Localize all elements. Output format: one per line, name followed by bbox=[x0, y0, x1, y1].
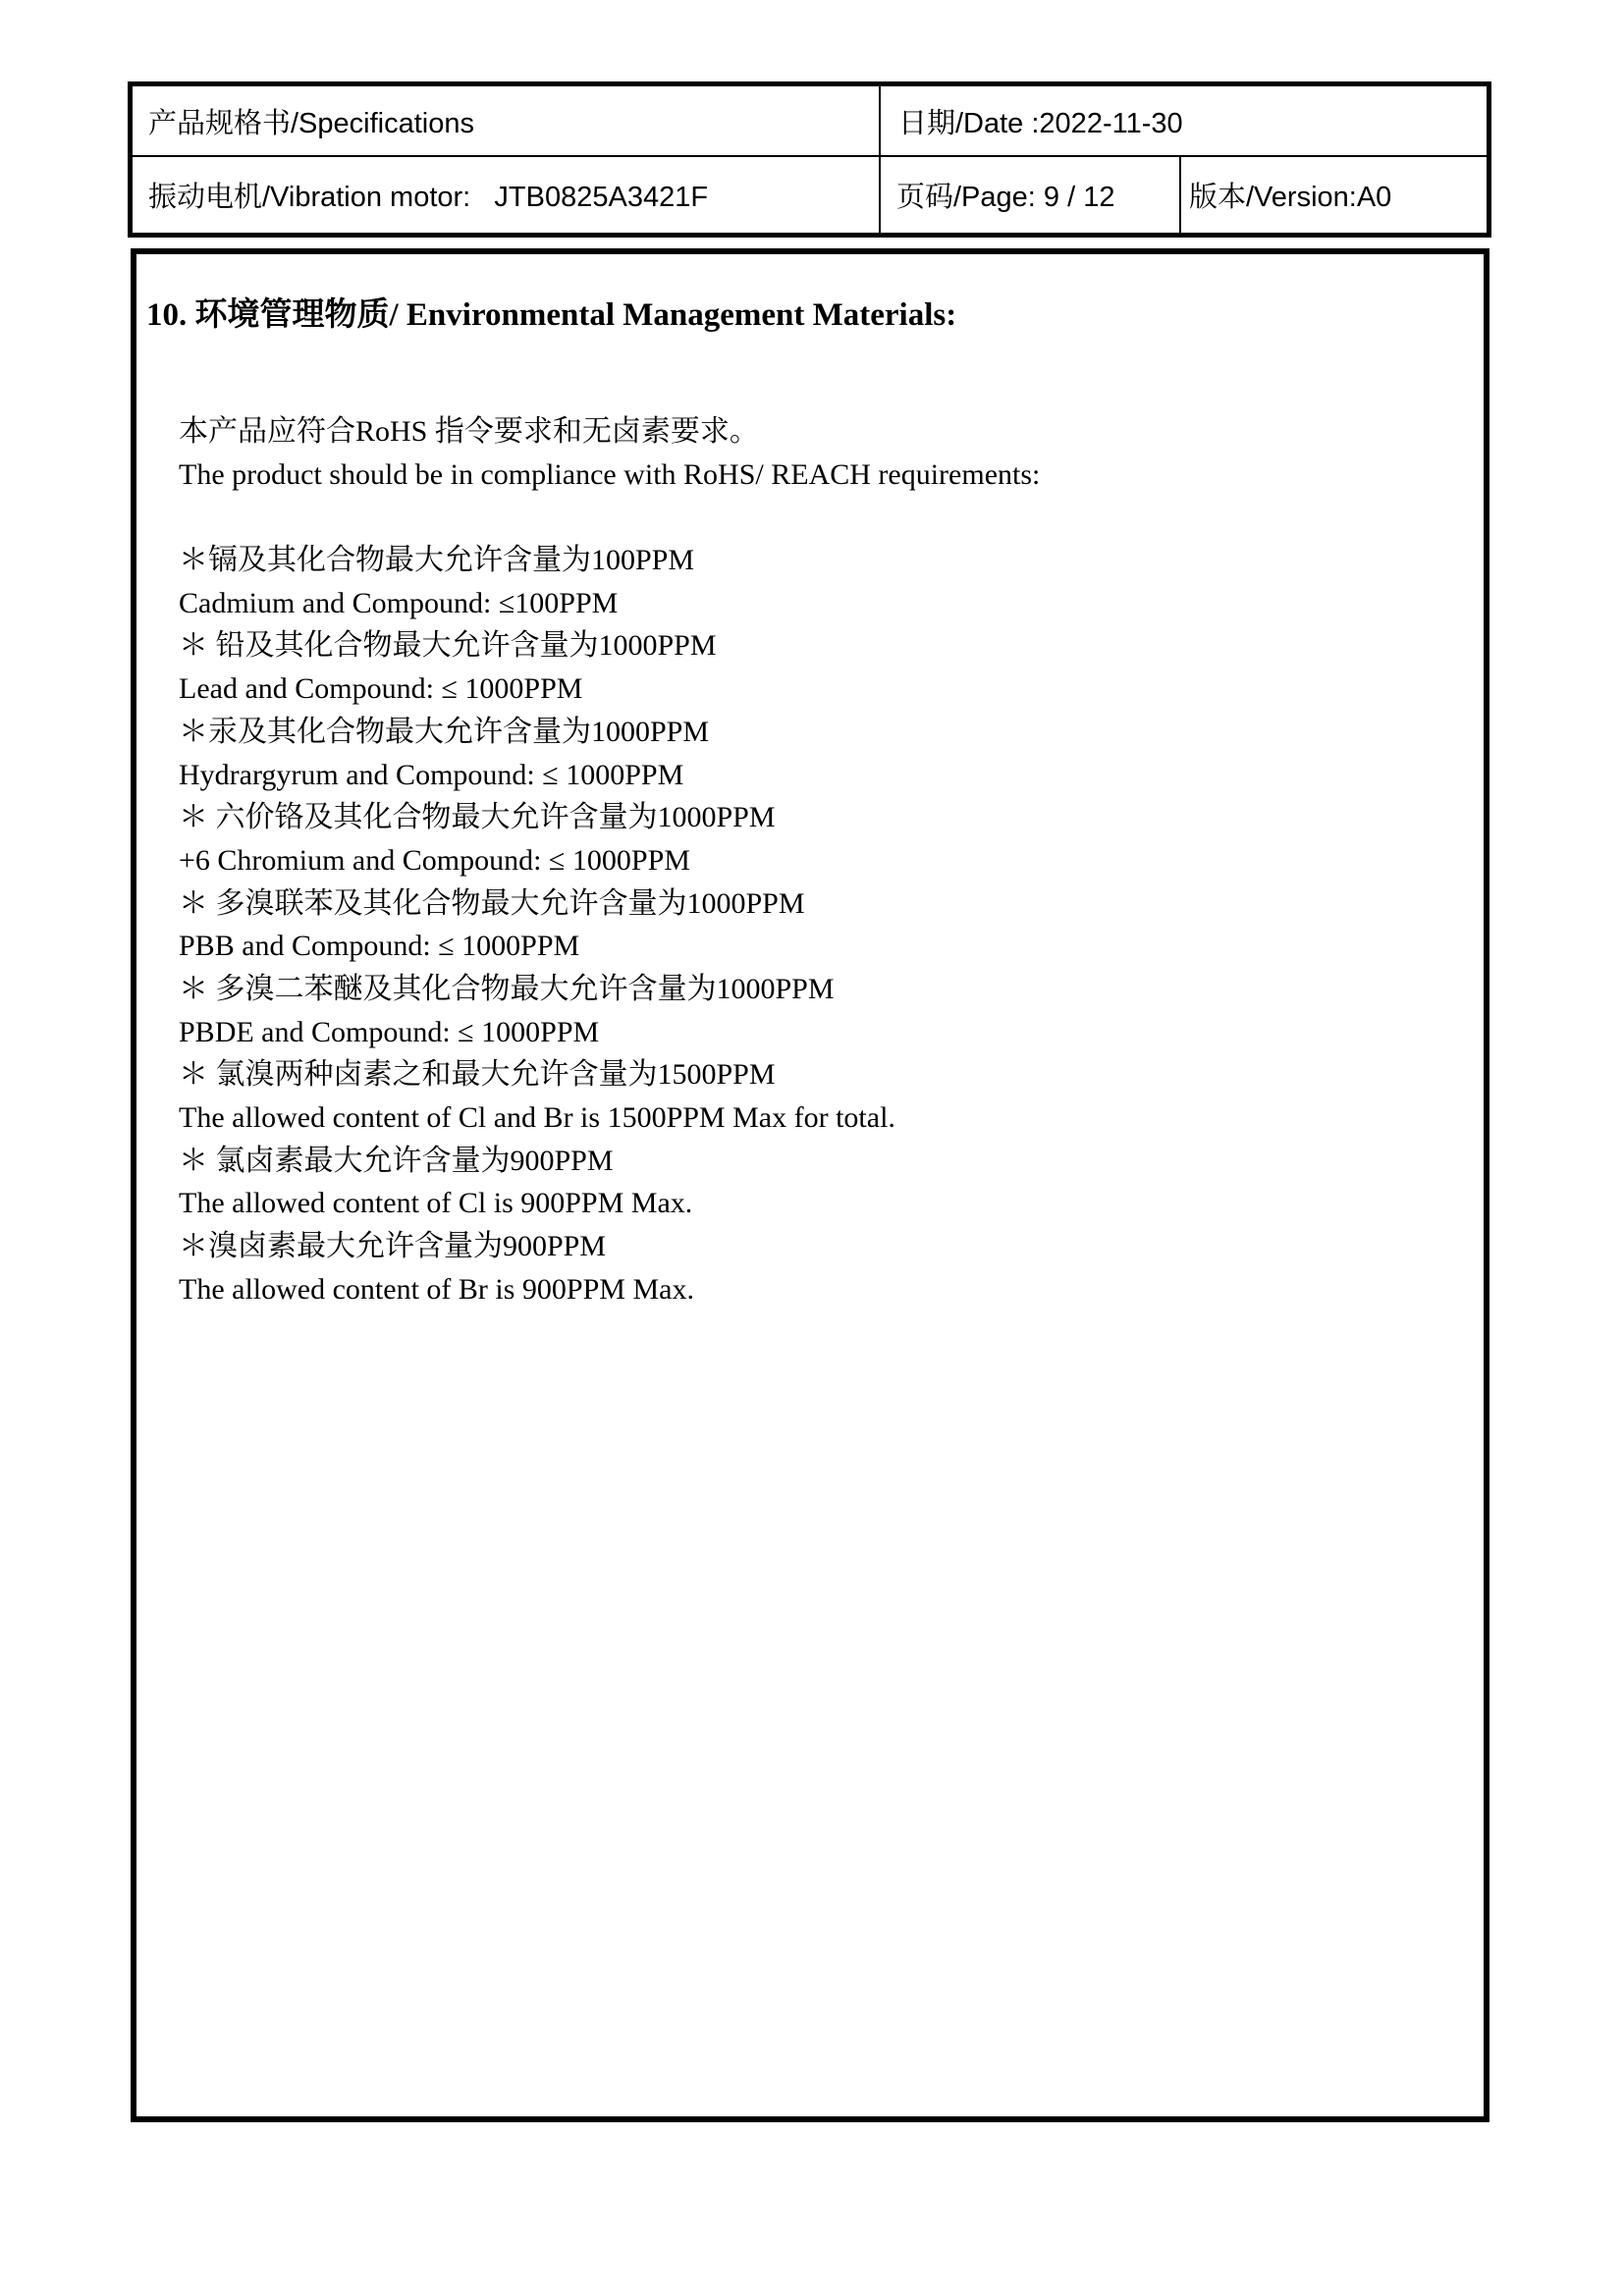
item-zh: ＊ 多溴联苯及其化合物最大允许含量为1000PPM bbox=[179, 882, 1484, 926]
date-cell: 日期/Date :2022-11-30 bbox=[879, 86, 1487, 155]
item-zh: ＊汞及其化合物最大允许含量为1000PPM bbox=[179, 711, 1484, 754]
page-number-cell: 页码/Page: 9 / 12 bbox=[879, 157, 1179, 233]
item-zh: ＊镉及其化合物最大允许含量为100PPM bbox=[179, 539, 1484, 582]
item-en: The allowed content of Cl is 900PPM Max. bbox=[179, 1182, 1484, 1225]
item-zh: ＊ 氯卤素最大允许含量为900PPM bbox=[179, 1140, 1484, 1183]
item-zh: ＊ 六价铬及其化合物最大允许含量为1000PPM bbox=[179, 796, 1484, 839]
intro-line-zh: 本产品应符合RoHS 指令要求和无卤素要求。 bbox=[179, 410, 1484, 454]
item-zh: ＊ 多溴二苯醚及其化合物最大允许含量为1000PPM bbox=[179, 968, 1484, 1011]
item-en: The allowed content of Br is 900PPM Max. bbox=[179, 1268, 1484, 1311]
version-cell: 版本/Version:A0 bbox=[1179, 157, 1487, 233]
item-zh: ＊ 铅及其化合物最大允许含量为1000PPM bbox=[179, 624, 1484, 667]
document-page: 产品规格书/Specifications 日期/Date :2022-11-30… bbox=[0, 0, 1624, 2296]
intro-line-en: The product should be in compliance with… bbox=[179, 454, 1484, 497]
item-zh: ＊溴卤素最大允许含量为900PPM bbox=[179, 1225, 1484, 1268]
item-en: +6 Chromium and Compound: ≤ 1000PPM bbox=[179, 839, 1484, 882]
item-en: Cadmium and Compound: ≤100PPM bbox=[179, 582, 1484, 625]
item-en: PBDE and Compound: ≤ 1000PPM bbox=[179, 1011, 1484, 1054]
item-en: Lead and Compound: ≤ 1000PPM bbox=[179, 667, 1484, 711]
header-table: 产品规格书/Specifications 日期/Date :2022-11-30… bbox=[128, 81, 1491, 238]
section-heading: 10. 环境管理物质/ Environmental Management Mat… bbox=[146, 294, 1484, 337]
item-en: Hydrargyrum and Compound: ≤ 1000PPM bbox=[179, 754, 1484, 797]
item-en: The allowed content of Cl and Br is 1500… bbox=[179, 1096, 1484, 1140]
spec-title-cell: 产品规格书/Specifications bbox=[133, 86, 879, 155]
section-body: 本产品应符合RoHS 指令要求和无卤素要求。 The product shoul… bbox=[136, 410, 1484, 1310]
product-model-cell: 振动电机/Vibration motor: JTB0825A3421F bbox=[133, 157, 879, 233]
item-en: PBB and Compound: ≤ 1000PPM bbox=[179, 925, 1484, 968]
header-row-2: 振动电机/Vibration motor: JTB0825A3421F 页码/P… bbox=[133, 155, 1487, 233]
content-box: 10. 环境管理物质/ Environmental Management Mat… bbox=[131, 248, 1489, 2122]
header-row-1: 产品规格书/Specifications 日期/Date :2022-11-30 bbox=[133, 86, 1487, 155]
spacer-line bbox=[179, 496, 1484, 539]
item-zh: ＊ 氯溴两种卤素之和最大允许含量为1500PPM bbox=[179, 1053, 1484, 1096]
